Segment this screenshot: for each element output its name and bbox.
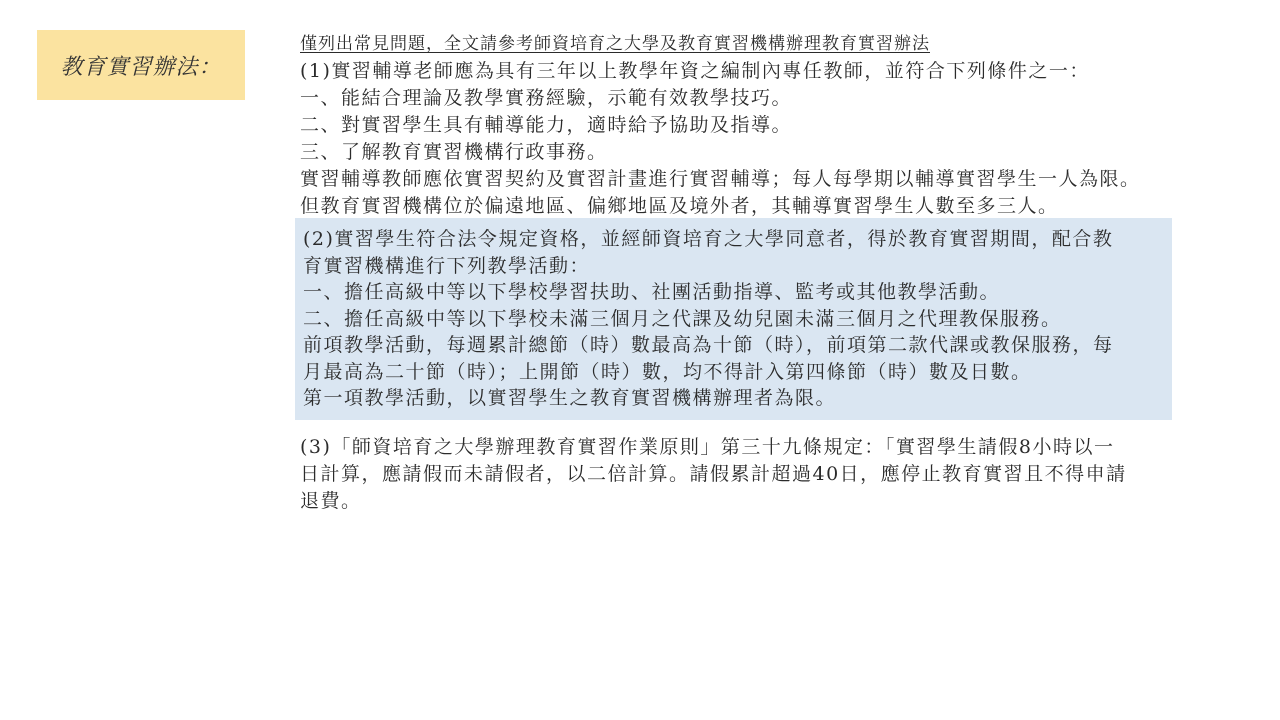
paragraph-1-line: 三、了解教育實習機構行政事務。	[300, 139, 1185, 166]
paragraph-3-line: 日計算，應請假而未請假者，以二倍計算。請假累計超過40日，應停止教育實習且不得申…	[300, 461, 1185, 488]
paragraph-2-line: (2)實習學生符合法令規定資格，並經師資培育之大學同意者，得於教育實習期間，配合…	[303, 226, 1164, 253]
paragraph-2-line: 月最高為二十節（時）；上開節（時）數，均不得計入第四條節（時）數及日數。	[303, 359, 1164, 386]
paragraph-1-line: 二、對實習學生具有輔導能力，適時給予協助及指導。	[300, 112, 1185, 139]
intro-line: 僅列出常見問題，全文請參考師資培育之大學及教育實習機構辦理教育實習辦法	[300, 31, 1185, 58]
topic-label: 教育實習辦法：	[60, 50, 221, 81]
paragraph-3-line: 退費。	[300, 488, 1185, 515]
regulation-paragraph-2-highlight-box: (2)實習學生符合法令規定資格，並經師資培育之大學同意者，得於教育實習期間，配合…	[295, 218, 1172, 420]
paragraph-2-line: 一、擔任高級中等以下學校學習扶助、社團活動指導、監考或其他教學活動。	[303, 279, 1164, 306]
content-area: 僅列出常見問題，全文請參考師資培育之大學及教育實習機構辦理教育實習辦法 (1)實…	[300, 31, 1185, 515]
paragraph-2-line: 育實習機構進行下列教學活動：	[303, 253, 1164, 280]
paragraph-1-line: 但教育實習機構位於偏遠地區、偏鄉地區及境外者，其輔導實習學生人數至多三人。	[300, 193, 1185, 220]
paragraph-1-line: 一、能結合理論及教學實務經驗，示範有效教學技巧。	[300, 85, 1185, 112]
slide: 教育實習辦法： 僅列出常見問題，全文請參考師資培育之大學及教育實習機構辦理教育實…	[0, 0, 1280, 720]
regulation-paragraph-1: (1)實習輔導老師應為具有三年以上教學年資之編制內專任教師，並符合下列條件之一：…	[300, 58, 1185, 220]
topic-box: 教育實習辦法：	[37, 30, 245, 100]
paragraph-3-line: (3)「師資培育之大學辦理教育實習作業原則」第三十九條規定：「實習學生請假8小時…	[300, 434, 1185, 461]
paragraph-1-line: (1)實習輔導老師應為具有三年以上教學年資之編制內專任教師，並符合下列條件之一：	[300, 58, 1185, 85]
paragraph-1-line: 實習輔導教師應依實習契約及實習計畫進行實習輔導；每人每學期以輔導實習學生一人為限…	[300, 166, 1185, 193]
regulation-paragraph-3: (3)「師資培育之大學辦理教育實習作業原則」第三十九條規定：「實習學生請假8小時…	[300, 434, 1185, 515]
paragraph-2-line: 二、擔任高級中等以下學校未滿三個月之代課及幼兒園未滿三個月之代理教保服務。	[303, 306, 1164, 333]
paragraph-2-line: 前項教學活動，每週累計總節（時）數最高為十節（時），前項第二款代課或教保服務，每	[303, 332, 1164, 359]
paragraph-2-line: 第一項教學活動，以實習學生之教育實習機構辦理者為限。	[303, 385, 1164, 412]
